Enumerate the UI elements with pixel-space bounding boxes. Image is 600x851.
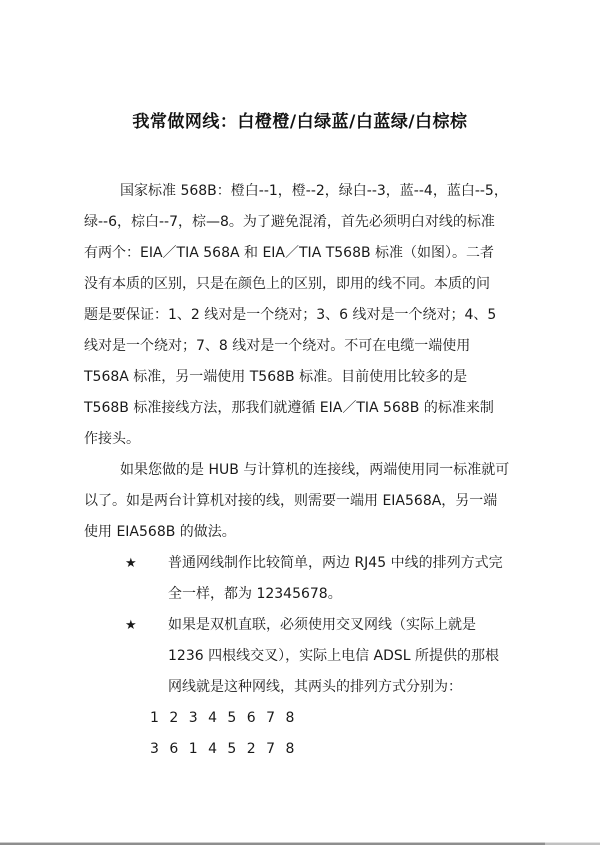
- page-bottom-edge: [0, 842, 600, 845]
- bullet-item-crossover-cable: ★ 如果是双机直联，必须使用交叉网线（实际上就是 1236 四根线交叉），实际上…: [84, 610, 554, 703]
- paragraph-hub-connection: 如果您做的是 HUB 与计算机的连接线，两端使用同一标准就可 以了。如是两台计算…: [84, 455, 554, 548]
- paragraph-standard-568b: 国家标准 568B：橙白--1，橙--2，绿白--3，蓝--4，蓝白--5， 绿…: [84, 176, 554, 455]
- bullet-item-straight-cable: ★ 普通网线制作比较简单，两边 RJ45 中线的排列方式完 全一样，都为 123…: [84, 548, 554, 610]
- star-bullet-icon: ★: [125, 548, 137, 579]
- document-page: 我常做网线：白橙橙/白绿蓝/白蓝绿/白棕棕 国家标准 568B：橙白--1，橙-…: [0, 0, 600, 851]
- wiring-sequence-end-a: 1 2 3 4 5 6 7 8: [150, 703, 554, 734]
- wiring-sequence-end-b: 3 6 1 4 5 2 7 8: [150, 734, 554, 765]
- bullet-text-straight-cable: 普通网线制作比较简单，两边 RJ45 中线的排列方式完 全一样，都为 12345…: [168, 548, 554, 610]
- page-bottom-edge-fade: [545, 842, 600, 845]
- document-title: 我常做网线：白橙橙/白绿蓝/白蓝绿/白棕棕: [0, 109, 600, 135]
- document-body: 国家标准 568B：橙白--1，橙--2，绿白--3，蓝--4，蓝白--5， 绿…: [84, 176, 554, 765]
- bullet-text-crossover-cable: 如果是双机直联，必须使用交叉网线（实际上就是 1236 四根线交叉），实际上电信…: [168, 610, 554, 703]
- star-bullet-icon: ★: [125, 610, 137, 641]
